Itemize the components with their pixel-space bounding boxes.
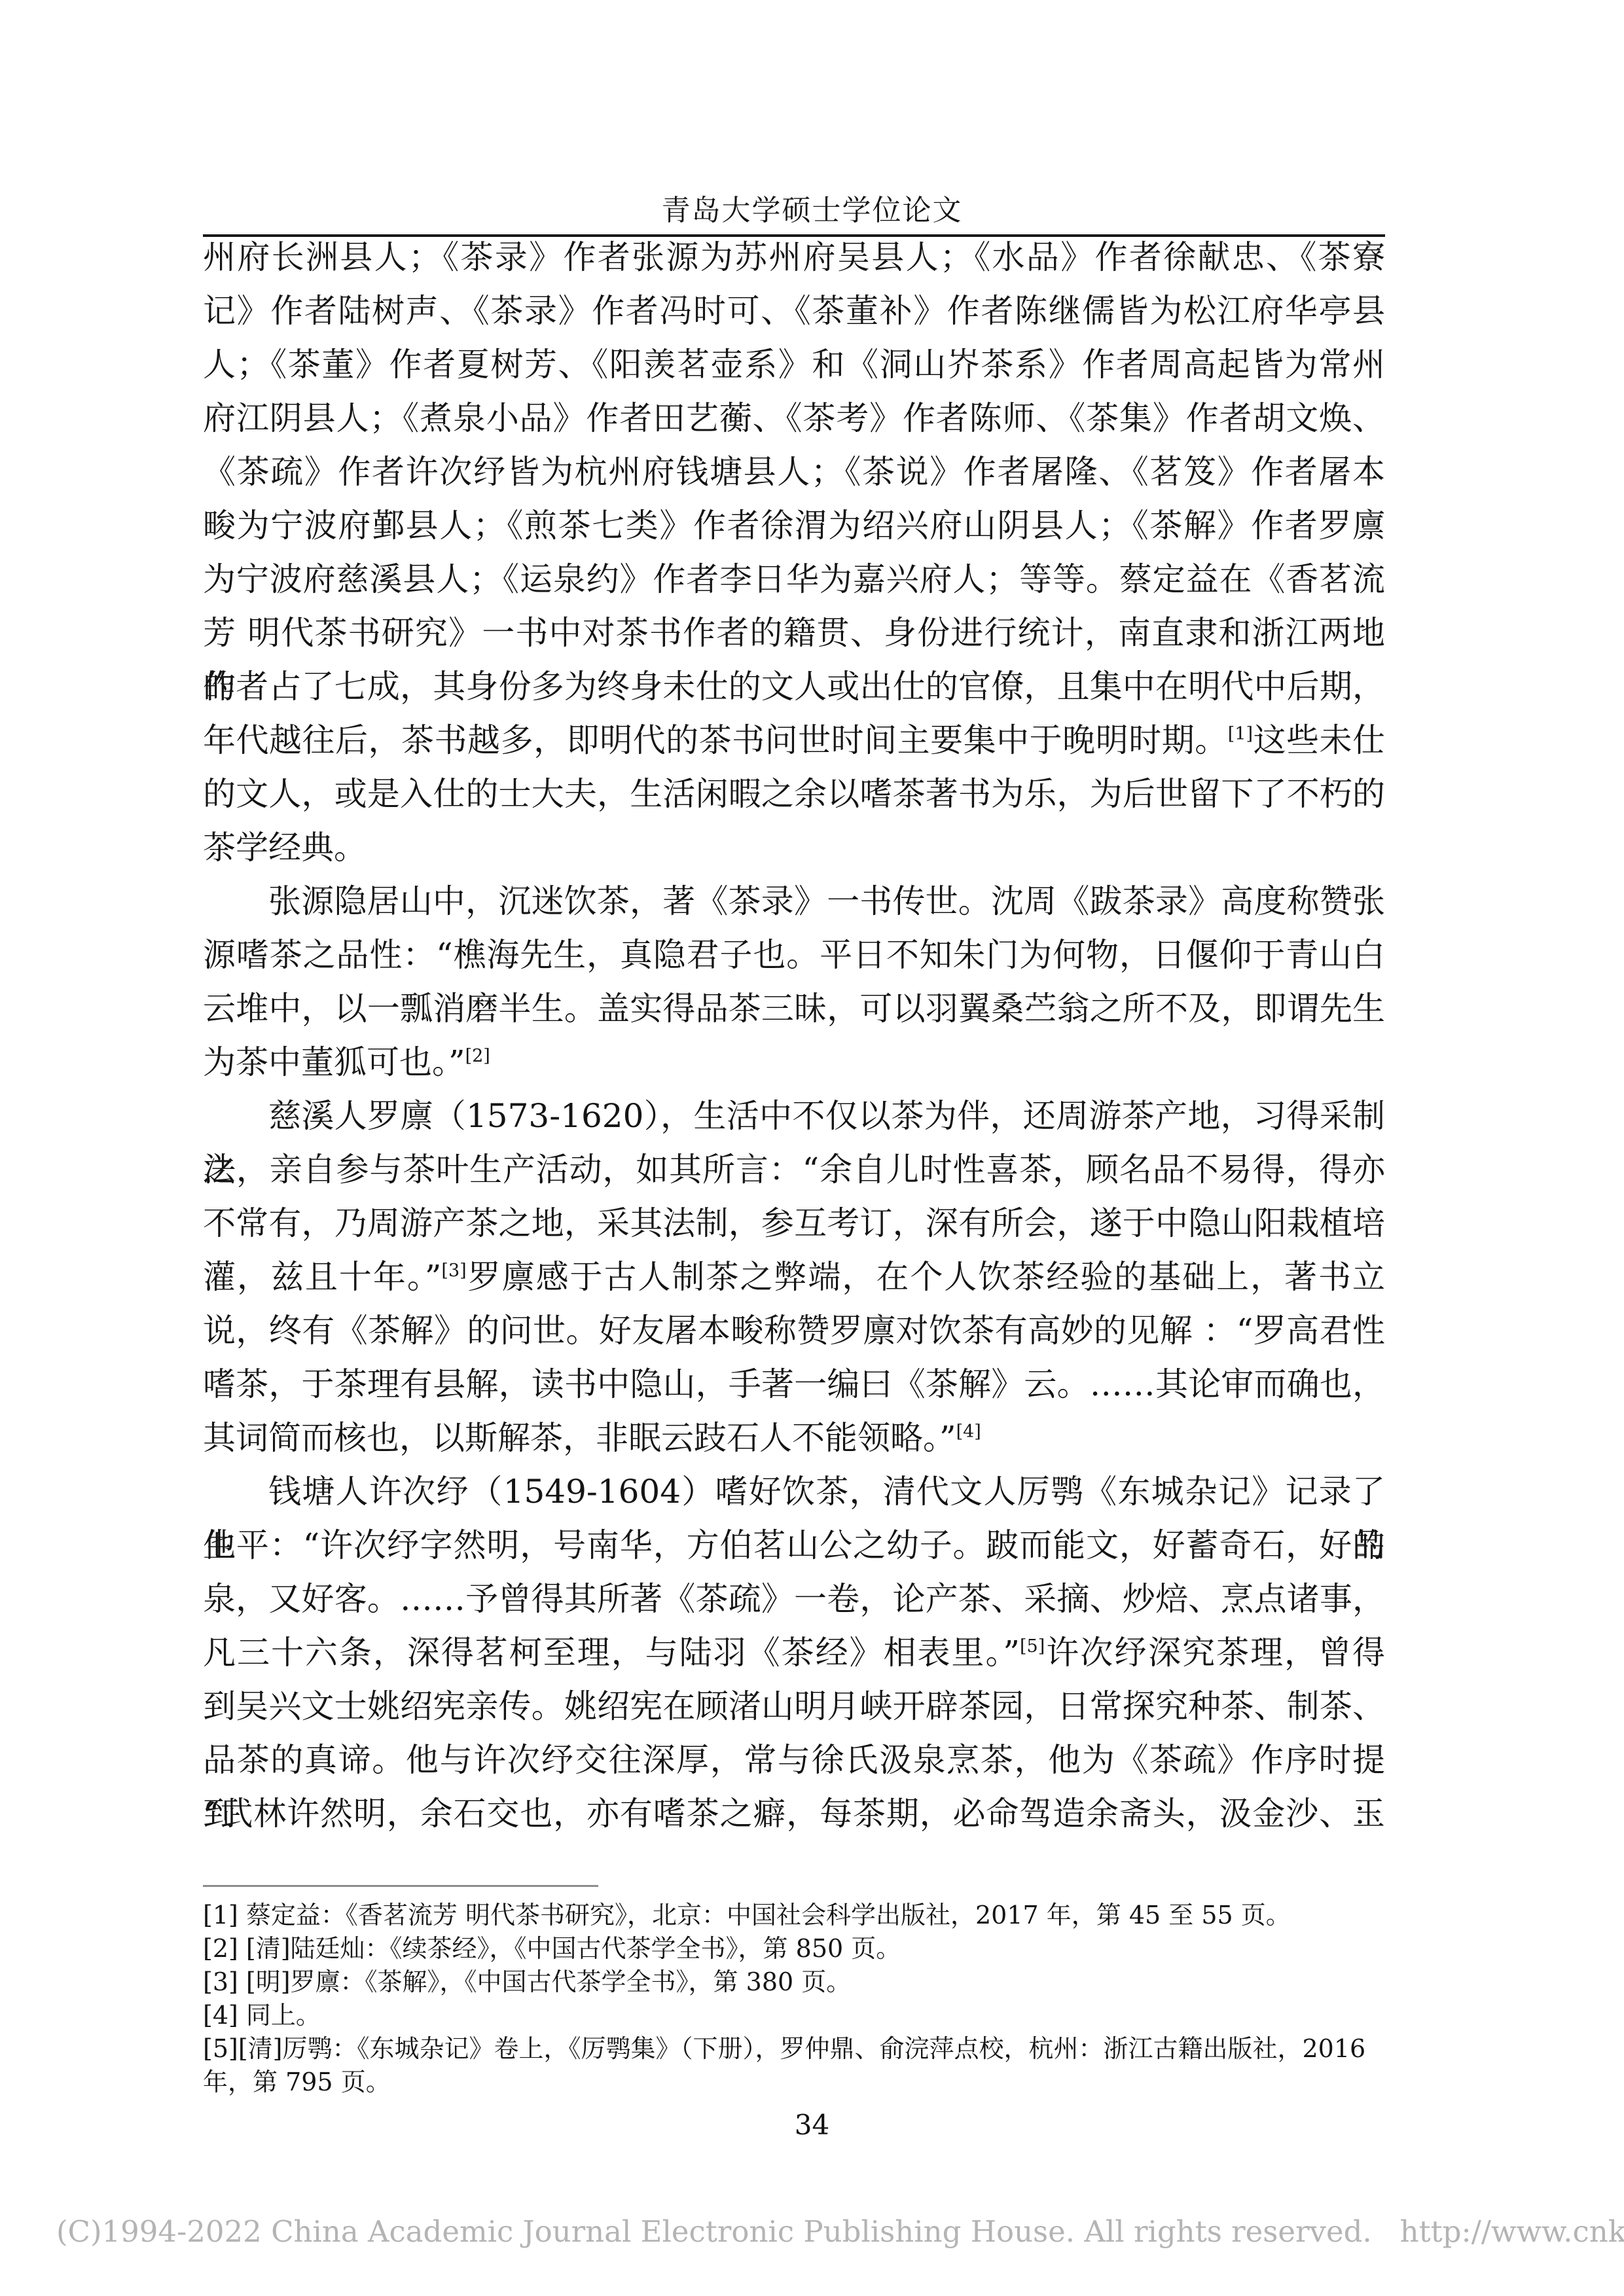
body-line: 生平：“许次纾字然明，号南华，方伯茗山公之幼子。跛而能文，好蓄奇石，好品 [203, 1518, 1385, 1572]
footnote-ref: [2] [465, 1046, 490, 1066]
body-text: 州府长洲县人；《茶录》作者张源为苏州府吴县人；《水品》作者徐献忠、《茶寮记》作者… [203, 230, 1385, 1840]
footnote-line: [2] [清]陆廷灿：《续茶经》，《中国古代茶学全书》，第 850 页。 [203, 1932, 1388, 1965]
footnote-line: [5][清]厉鹗：《东城杂记》卷上，《厉鹗集》（下册），罗仲鼎、俞浣萍点校，杭州… [203, 2032, 1388, 2066]
body-line: 记》作者陆树声、《茶录》作者冯时可、《茶董补》作者陈继儒皆为松江府华亭县 [203, 284, 1385, 338]
thesis-page: 青岛大学硕士学位论文 州府长洲县人；《茶录》作者张源为苏州府吴县人；《水品》作者… [0, 0, 1624, 2296]
body-line: 源嗜茶之品性：“樵海先生，真隐君子也。平日不知朱门为何物，日偃仰于青山白 [203, 928, 1385, 982]
body-line: 芳 明代茶书研究》一书中对茶书作者的籍贯、身份进行统计，南直隶和浙江两地的 [203, 606, 1385, 660]
footnotes: [1] 蔡定益：《香茗流芳 明代茶书研究》，北京：中国社会科学出版社，2017 … [203, 1899, 1388, 2099]
page-number: 34 [0, 2109, 1624, 2141]
body-line: 云堆中，以一瓢消磨半生。盖实得品茶三昧，可以羽翼桑苎翁之所不及，即谓先生 [203, 982, 1385, 1035]
body-line: 嗜茶，于茶理有县解，读书中隐山，手著一编曰《茶解》云。……其论审而确也， [203, 1357, 1385, 1411]
body-line: 钱塘人许次纾（1549-1604）嗜好饮茶，清代文人厉鹗《东城杂记》记录了他的 [203, 1465, 1385, 1518]
footnote-ref: [4] [956, 1422, 981, 1442]
body-line: 府江阴县人；《煮泉小品》作者田艺蘅、《茶考》作者陈师、《茶集》作者胡文焕、 [203, 391, 1385, 445]
body-line: “武林许然明，余石交也，亦有嗜茶之癖，每茶期，必命驾造余斋头，汲金沙、玉 [203, 1787, 1385, 1840]
body-line: 法，亲自参与茶叶生产活动，如其所言：“余自儿时性喜茶，顾名品不易得，得亦 [203, 1143, 1385, 1196]
footnote-ref: [3] [441, 1261, 466, 1281]
footnote-line: [4] 同上。 [203, 1999, 1388, 2032]
footnote-separator [203, 1885, 598, 1887]
body-line: 作者占了七成，其身份多为终身未仕的文人或出仕的官僚，且集中在明代中后期， [203, 660, 1385, 713]
body-line: 不常有，乃周游产茶之地，采其法制，参互考订，深有所会，遂于中隐山阳栽植培 [203, 1196, 1385, 1250]
cnki-copyright-watermark: (C)1994-2022 China Academic Journal Elec… [56, 2214, 1624, 2250]
body-line: 说，终有《茶解》的问世。好友屠本畯称赞罗廪对饮茶有高妙的见解 ：“罗高君性 [203, 1304, 1385, 1357]
body-line: 张源隐居山中，沉迷饮茶，著《茶录》一书传世。沈周《跋茶录》高度称赞张 [203, 874, 1385, 928]
footnote-line: [3] [明]罗廪：《茶解》，《中国古代茶学全书》，第 380 页。 [203, 1965, 1388, 1999]
body-line: 其词简而核也，以斯解茶，非眠云跂石人不能领略。”[4] [203, 1411, 1385, 1465]
body-line: 灌，兹且十年。”[3]罗廪感于古人制茶之弊端，在个人饮茶经验的基础上，著书立 [203, 1250, 1385, 1304]
footnote-ref: [1] [1228, 724, 1253, 744]
body-line: 为宁波府慈溪县人；《运泉约》作者李日华为嘉兴府人；等等。蔡定益在《香茗流 [203, 552, 1385, 606]
footnote-line: 年，第 795 页。 [203, 2066, 1388, 2099]
body-line: 年代越往后，茶书越多，即明代的茶书问世时间主要集中于晚明时期。[1]这些未仕 [203, 713, 1385, 767]
body-line: 凡三十六条，深得茗柯至理，与陆羽《茶经》相表里。”[5]许次纾深究茶理，曾得 [203, 1626, 1385, 1679]
body-line: 的文人，或是入仕的士大夫，生活闲暇之余以嗜茶著书为乐，为后世留下了不朽的 [203, 767, 1385, 821]
body-line: 茶学经典。 [203, 821, 1385, 874]
body-line: 《茶疏》作者许次纾皆为杭州府钱塘县人；《茶说》作者屠隆、《茗笈》作者屠本 [203, 445, 1385, 499]
body-line: 慈溪人罗廪（1573-1620），生活中不仅以茶为伴，还周游茶产地，习得采制之 [203, 1089, 1385, 1143]
body-line: 畯为宁波府鄞县人；《煎茶七类》作者徐渭为绍兴府山阴县人；《茶解》作者罗廪 [203, 499, 1385, 552]
footnote-ref: [5] [1020, 1636, 1045, 1657]
running-head-title: 青岛大学硕士学位论文 [0, 194, 1624, 228]
body-line: 为茶中董狐可也。”[2] [203, 1035, 1385, 1089]
body-line: 品茶的真谛。他与许次纾交往深厚，常与徐氏汲泉烹茶，他为《茶疏》作序时提到： [203, 1733, 1385, 1787]
footnote-line: [1] 蔡定益：《香茗流芳 明代茶书研究》，北京：中国社会科学出版社，2017 … [203, 1899, 1388, 1932]
body-line: 人；《茶董》作者夏树芳、《阳羡茗壶系》和《洞山岕茶系》作者周高起皆为常州 [203, 338, 1385, 391]
body-line: 州府长洲县人；《茶录》作者张源为苏州府吴县人；《水品》作者徐献忠、《茶寮 [203, 230, 1385, 284]
body-line: 泉，又好客。……予曾得其所著《茶疏》一卷，论产茶、采摘、炒焙、烹点诸事， [203, 1572, 1385, 1626]
body-line: 到吴兴文士姚绍宪亲传。姚绍宪在顾渚山明月峡开辟茶园，日常探究种茶、制茶、 [203, 1679, 1385, 1733]
